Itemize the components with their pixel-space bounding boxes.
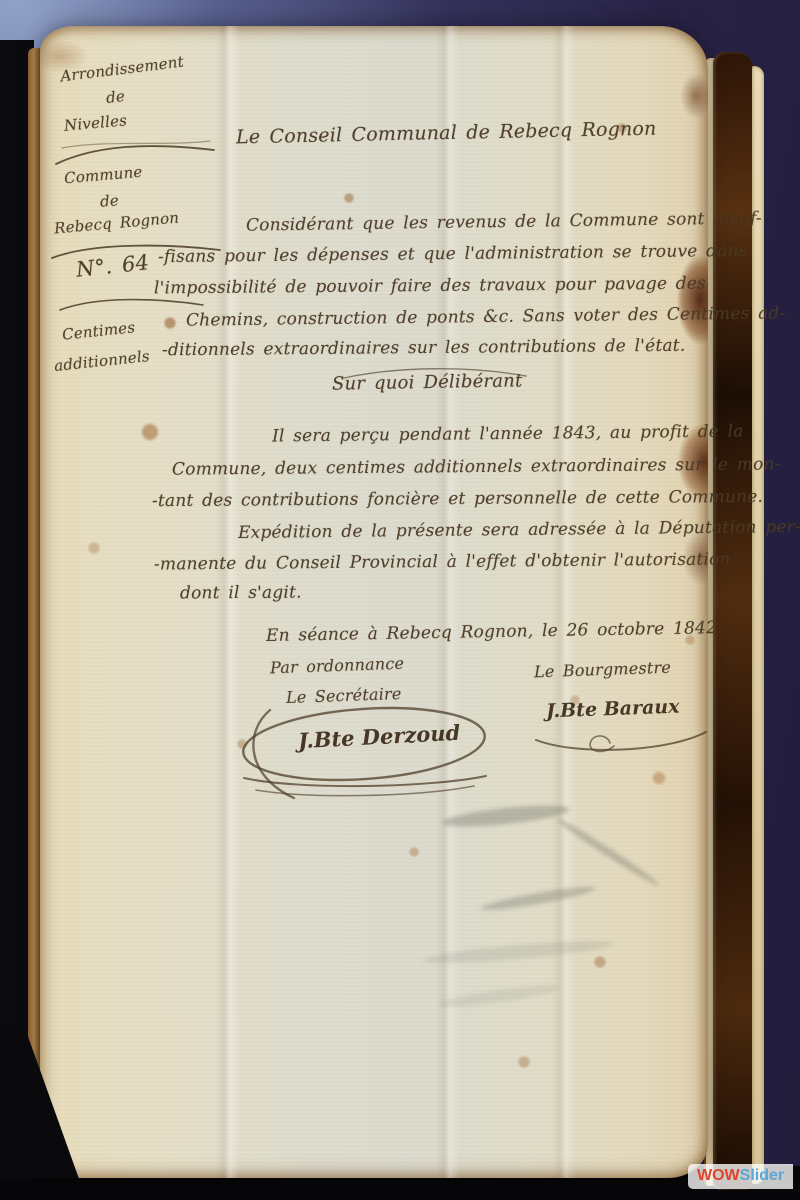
sig-left-role: Le Secrétaire [286, 684, 402, 707]
watermark-slider-text: Slider [740, 1167, 784, 1184]
margin-arrondissement: Arrondissement [59, 53, 184, 86]
p2-line2: Commune, deux centimes additionnels extr… [172, 454, 781, 479]
watermark-wow-text: WOW [697, 1167, 740, 1184]
secretary-signature-name: J.Bte Derzoud [297, 720, 460, 753]
p1-line2: -fisans pour les dépenses et que l'admin… [158, 241, 748, 267]
paper-fold-creases [40, 26, 708, 1178]
document-title: Le Conseil Communal de Rebecq Rognon [236, 118, 657, 149]
p2-line1: Il sera perçu pendant l'année 1843, au p… [272, 422, 744, 447]
watermark-wowslider[interactable]: WOWSlider [688, 1164, 793, 1189]
p1-line3: l'impossibilité de pouvoir faire des tra… [154, 274, 706, 299]
margin-centimes: Centimes [61, 318, 136, 344]
dateline: En séance à Rebecq Rognon, le 26 octobre… [266, 618, 723, 646]
margin-number: N°. 64 [75, 250, 150, 282]
margin-commune-name: Rebecq Rognon [53, 209, 179, 238]
p1-line5: -ditionnels extraordinaires sur les cont… [162, 336, 686, 361]
ink-bleedthrough-mark [437, 981, 561, 1010]
mayor-signature-name: J.Bte Baraux [546, 696, 680, 723]
p2-line3: -tant des contributions foncière et pers… [152, 487, 763, 511]
sig-left-order: Par ordonnance [270, 654, 405, 678]
p3-line2: -manente du Conseil Provincial à l'effet… [154, 549, 731, 574]
paper-burn-stains [40, 26, 708, 1178]
p3-line3: dont il s'agit. [180, 583, 302, 604]
margin-de-2: de [99, 191, 119, 211]
margin-de-1: de [105, 87, 126, 107]
ink-bleedthrough-mark [442, 801, 571, 830]
secretary-signature-flourish [236, 694, 494, 806]
ink-bleedthrough-mark [422, 937, 614, 968]
margin-nivelles: Nivelles [63, 111, 127, 134]
deliberation-heading: Sur quoi Délibérant [332, 370, 523, 394]
ink-bleedthrough-mark [480, 883, 596, 914]
p1-line4: Chemins, construction de ponts &c. Sans … [186, 303, 786, 330]
paper-foxing-spots [40, 26, 708, 1178]
ink-bleedthrough-mark [555, 815, 662, 888]
sig-right-role: Le Bourgmestre [534, 658, 672, 682]
manuscript-page: Arrondissement de Nivelles Commune de Re… [40, 26, 708, 1178]
margin-additionnels: additionnels [53, 347, 150, 375]
p1-line1: Considérant que les revenus de la Commun… [246, 208, 762, 235]
fore-edge-page-sliver [752, 66, 764, 1184]
photo-background: Arrondissement de Nivelles Commune de Re… [0, 0, 800, 1200]
margin-commune: Commune [63, 163, 143, 188]
